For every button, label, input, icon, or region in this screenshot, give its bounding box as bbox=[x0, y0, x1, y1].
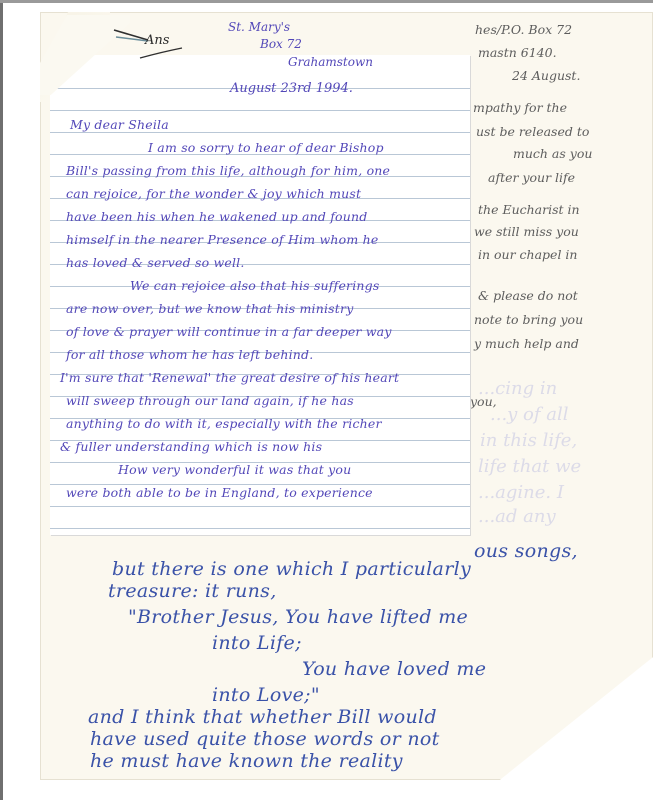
scan-edge-top bbox=[0, 0, 653, 3]
song-quote-line: into Love;" bbox=[212, 684, 320, 706]
pencil-line: in our chapel in bbox=[478, 247, 577, 262]
letter-date: August 23rd 1994. bbox=[230, 81, 353, 96]
pencil-line: after your life bbox=[488, 170, 575, 185]
blue-ink-line: have used quite those words or not bbox=[90, 728, 440, 750]
show-through-text: ...y of all bbox=[490, 404, 569, 425]
address-line: Grahamstown bbox=[288, 55, 373, 69]
scan-edge-left bbox=[0, 0, 3, 800]
pencil-line: y much help and bbox=[474, 336, 579, 351]
pencil-header-line: hes/P.O. Box 72 bbox=[475, 22, 572, 37]
blue-ink-line: and I think that whether Bill would bbox=[88, 706, 437, 728]
blue-ink-line: he must have known the reality bbox=[90, 750, 403, 772]
letter-line: were both able to be in England, to expe… bbox=[66, 485, 373, 500]
song-quote-line: into Life; bbox=[212, 632, 302, 654]
pencil-line: & please do not bbox=[478, 288, 578, 303]
pencil-line: the Eucharist in bbox=[478, 202, 580, 217]
letter-line: can rejoice, for the wonder & joy which … bbox=[66, 186, 361, 201]
letter-line: has loved & served so well. bbox=[66, 255, 245, 270]
letter-line: of love & prayer will continue in a far … bbox=[66, 324, 392, 339]
show-through-text: ...agine. I bbox=[478, 482, 564, 503]
pencil-line: we still miss you bbox=[474, 224, 579, 239]
letter-line: Bill's passing from this life, although … bbox=[66, 163, 390, 178]
show-through-text: life that we bbox=[478, 456, 581, 477]
letter-line: I'm sure that 'Renewal' the great desire… bbox=[60, 370, 399, 385]
letter-line: have been his when he wakened up and fou… bbox=[66, 209, 368, 224]
song-quote-line: You have loved me bbox=[302, 658, 486, 680]
pencil-line: ust be released to bbox=[476, 124, 589, 139]
address-line: Box 72 bbox=[260, 37, 302, 51]
pencil-line: mpathy for the bbox=[473, 100, 567, 115]
address-line: St. Mary's bbox=[228, 20, 290, 34]
letter-line: & fuller understanding which is now his bbox=[60, 439, 322, 454]
blue-ink-line: treasure: it runs, bbox=[108, 580, 277, 602]
song-quote-line: "Brother Jesus, You have lifted me bbox=[128, 606, 468, 628]
letter-line: himself in the nearer Presence of Him wh… bbox=[66, 232, 378, 247]
show-through-text: ...ad any bbox=[478, 506, 556, 527]
pencil-header-line: mastn 6140. bbox=[478, 45, 557, 60]
letter-line: anything to do with it, especially with … bbox=[66, 416, 382, 431]
show-through-text: in this life, bbox=[480, 430, 577, 451]
pencil-line: note to bring you bbox=[474, 312, 583, 327]
letter-line: will sweep through our land again, if he… bbox=[66, 393, 354, 408]
blue-ink-line: ous songs, bbox=[474, 540, 578, 562]
letter-line: How very wonderful it was that you bbox=[118, 462, 351, 477]
letter-line: I am so sorry to hear of dear Bishop bbox=[148, 140, 384, 155]
salutation: My dear Sheila bbox=[70, 117, 169, 132]
letter-line: We can rejoice also that his sufferings bbox=[130, 278, 380, 293]
ans-annotation: Ans bbox=[145, 33, 169, 48]
pencil-line: much as you bbox=[513, 146, 592, 161]
pencil-date: 24 August. bbox=[512, 68, 580, 83]
letter-line: are now over, but we know that his minis… bbox=[66, 301, 353, 316]
pencil-line: you, bbox=[470, 394, 497, 409]
blue-ink-line: but there is one which I particularly bbox=[112, 558, 471, 580]
letter-line: for all those whom he has left behind. bbox=[66, 347, 313, 362]
